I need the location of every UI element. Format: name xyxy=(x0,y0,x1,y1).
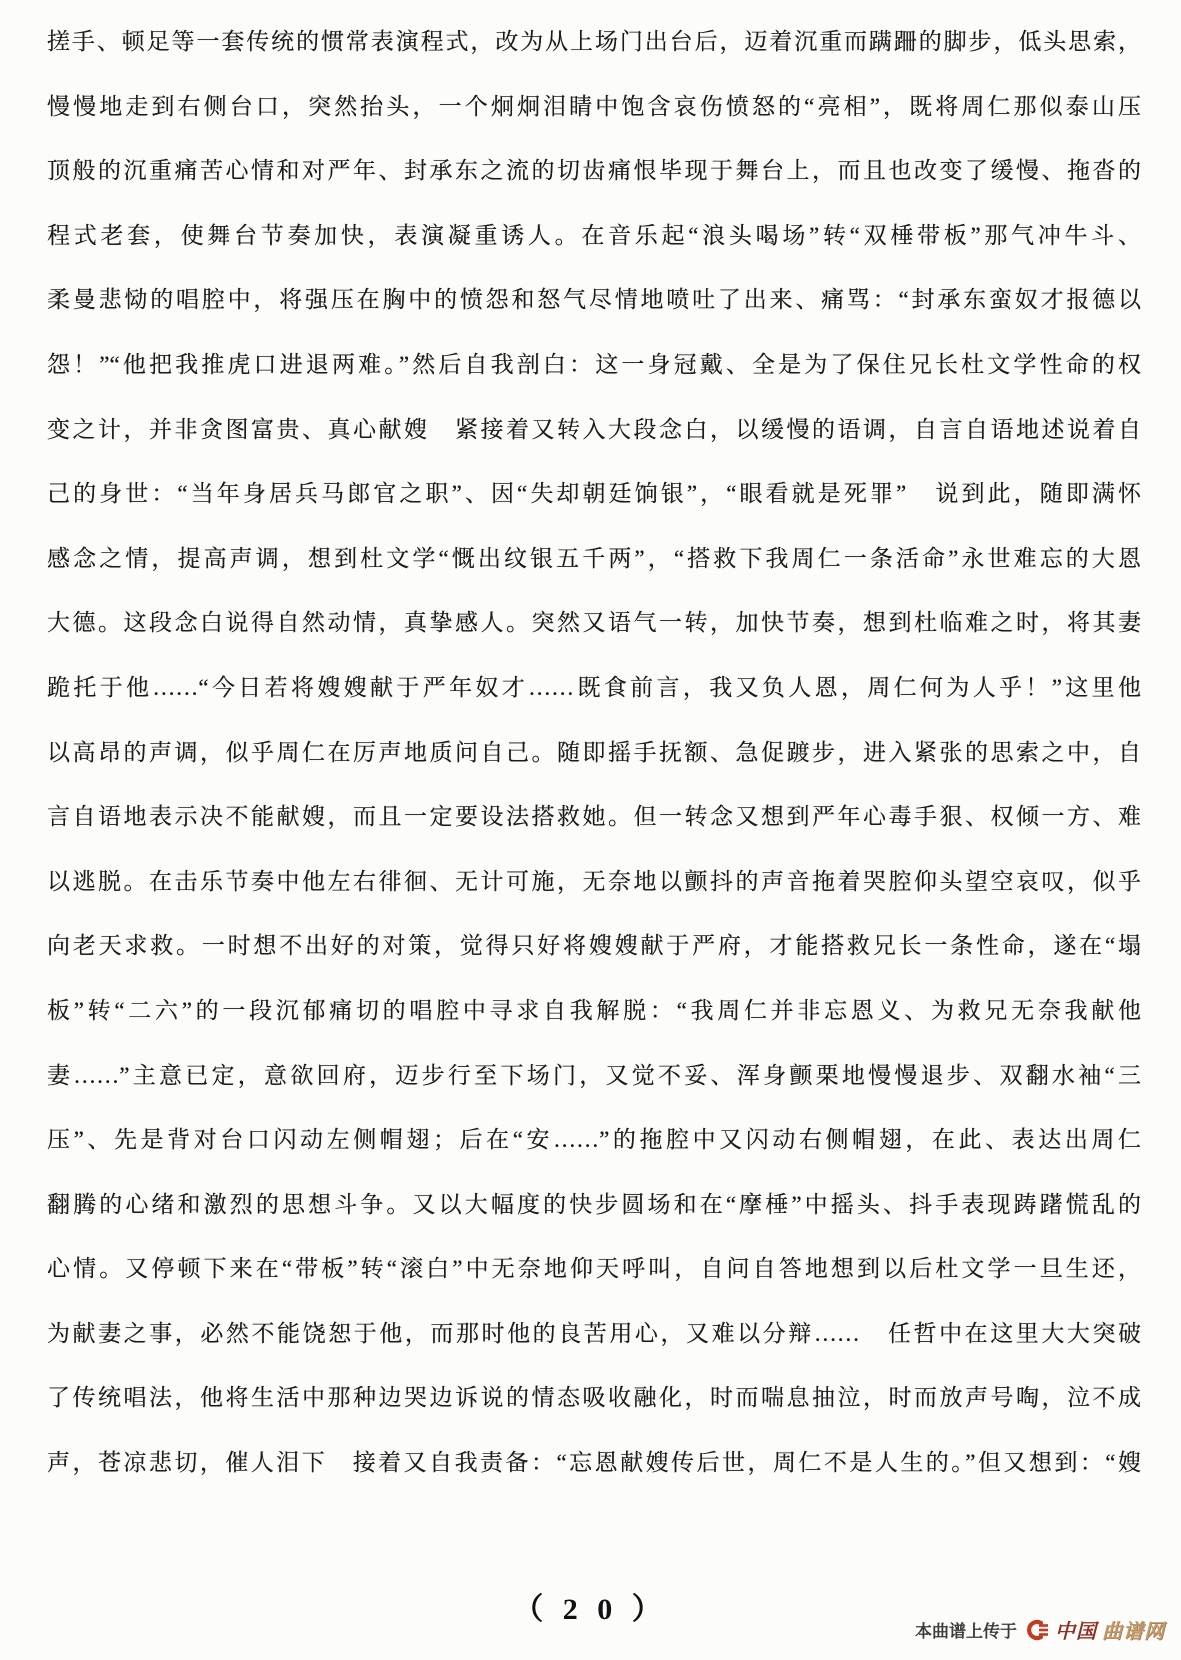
text-line: 妻……”主意已定，意欲回府，迈步行至下场门，又觉不妥、浑身颤栗地慢慢退步、双翻水… xyxy=(47,1044,1141,1109)
text-line: 搓手、顿足等一套传统的惯常表演程式，改为从上场门出台后，迈着沉重而蹒跚的脚步，低… xyxy=(47,10,1141,75)
text-line: 心情。又停顿下来在“带板”转“滚白”中无奈地仰天呼叫，自问自答地想到以后杜文学一… xyxy=(47,1237,1141,1302)
site-logo-icon xyxy=(1026,1619,1050,1641)
watermark-text: 本曲谱上传于 xyxy=(915,1617,1017,1642)
text-line: 己的身世：“当年身居兵马郎官之职”、因“失却朝廷饷银”，“眼看就是死罪” 说到此… xyxy=(47,462,1141,527)
text-line: 慢慢地走到右侧台口，突然抬头，一个炯炯泪睛中饱含哀伤愤怒的“亮相”，既将周仁那似… xyxy=(47,75,1141,140)
text-line: 怨！”“他把我推虎口进退两难。”然后自我剖白：这一身冠戴、全是为了保住兄长杜文学… xyxy=(47,333,1141,398)
text-line: 柔曼悲恸的唱腔中，将强压在胸中的愤怨和怒气尽情地喷吐了出来、痛骂：“封承东蛮奴才… xyxy=(47,268,1141,333)
watermark: 本曲谱上传于 中国 曲谱网 xyxy=(915,1615,1165,1644)
text-line: 言自语地表示决不能献嫂，而且一定要设法搭救她。但一转念又想到严年心毒手狠、权倾一… xyxy=(47,785,1141,850)
text-line: 跪托于他……“今日若将嫂嫂献于严年奴才……既食前言，我又负人恩，周仁何为人乎！”… xyxy=(47,656,1141,721)
site-name-secondary: 曲谱网 xyxy=(1102,1615,1165,1644)
site-name-primary: 中国 xyxy=(1055,1615,1097,1644)
text-line: 感念之情，提高声调，想到杜文学“慨出纹银五千两”，“搭救下我周仁一条活命”永世难… xyxy=(47,527,1141,592)
text-line: 以逃脱。在击乐节奏中他左右徘徊、无计可施，无奈地以颤抖的声音拖着哭腔仰头望空哀叹… xyxy=(47,850,1141,915)
text-line: 大德。这段念白说得自然动情，真挚感人。突然又语气一转，加快节奏，想到杜临难之时，… xyxy=(47,591,1141,656)
text-line: 顶般的沉重痛苦心情和对严年、封承东之流的切齿痛恨毕现于舞台上，而且也改变了缓慢、… xyxy=(47,139,1141,204)
body-text: 搓手、顿足等一套传统的惯常表演程式，改为从上场门出台后，迈着沉重而蹒跚的脚步，低… xyxy=(47,10,1141,1496)
text-line: 声，苍凉悲切，催人泪下 接着又自我责备：“忘恩献嫂传后世，周仁不是人生的。”但又… xyxy=(47,1431,1141,1496)
text-line: 板”转“二六”的一段沉郁痛切的唱腔中寻求自我解脱：“我周仁并非忘恩义、为救兄无奈… xyxy=(47,979,1141,1044)
scanned-page: 搓手、顿足等一套传统的惯常表演程式，改为从上场门出台后，迈着沉重而蹒跚的脚步，低… xyxy=(0,0,1181,1660)
text-line: 翻腾的心绪和激烈的思想斗争。又以大幅度的快步圆场和在“摩棰”中摇头、抖手表现踌躇… xyxy=(47,1173,1141,1238)
text-line: 程式老套，使舞台节奏加快，表演凝重诱人。在音乐起“浪头喝场”转“双棰带板”那气冲… xyxy=(47,204,1141,269)
text-line: 为献妻之事，必然不能饶恕于他，而那时他的良苦用心，又难以分辩…… 任哲中在这里大… xyxy=(47,1302,1141,1367)
text-line: 以高昂的声调，似乎周仁在厉声地质问自己。随即摇手抚额、急促踱步，进入紧张的思索之… xyxy=(47,721,1141,786)
page-footer: （ 2 0 ） 本曲谱上传于 中国 曲谱网 xyxy=(0,1540,1181,1660)
text-line: 向老天求救。一时想不出好的对策，觉得只好将嫂嫂献于严府，才能搭救兄长一条性命，遂… xyxy=(47,914,1141,979)
text-line: 了传统唱法，他将生活中那种边哭边诉说的情态吸收融化，时而喘息抽泣，时而放声号啕，… xyxy=(47,1366,1141,1431)
text-line: 变之计，并非贪图富贵、真心献嫂 紧接着又转入大段念白，以缓慢的语调，自言自语地述… xyxy=(47,398,1141,463)
text-line: 压”、先是背对台口闪动左侧帽翅；后在“安……”的拖腔中又闪动右侧帽翅，在此、表达… xyxy=(47,1108,1141,1173)
